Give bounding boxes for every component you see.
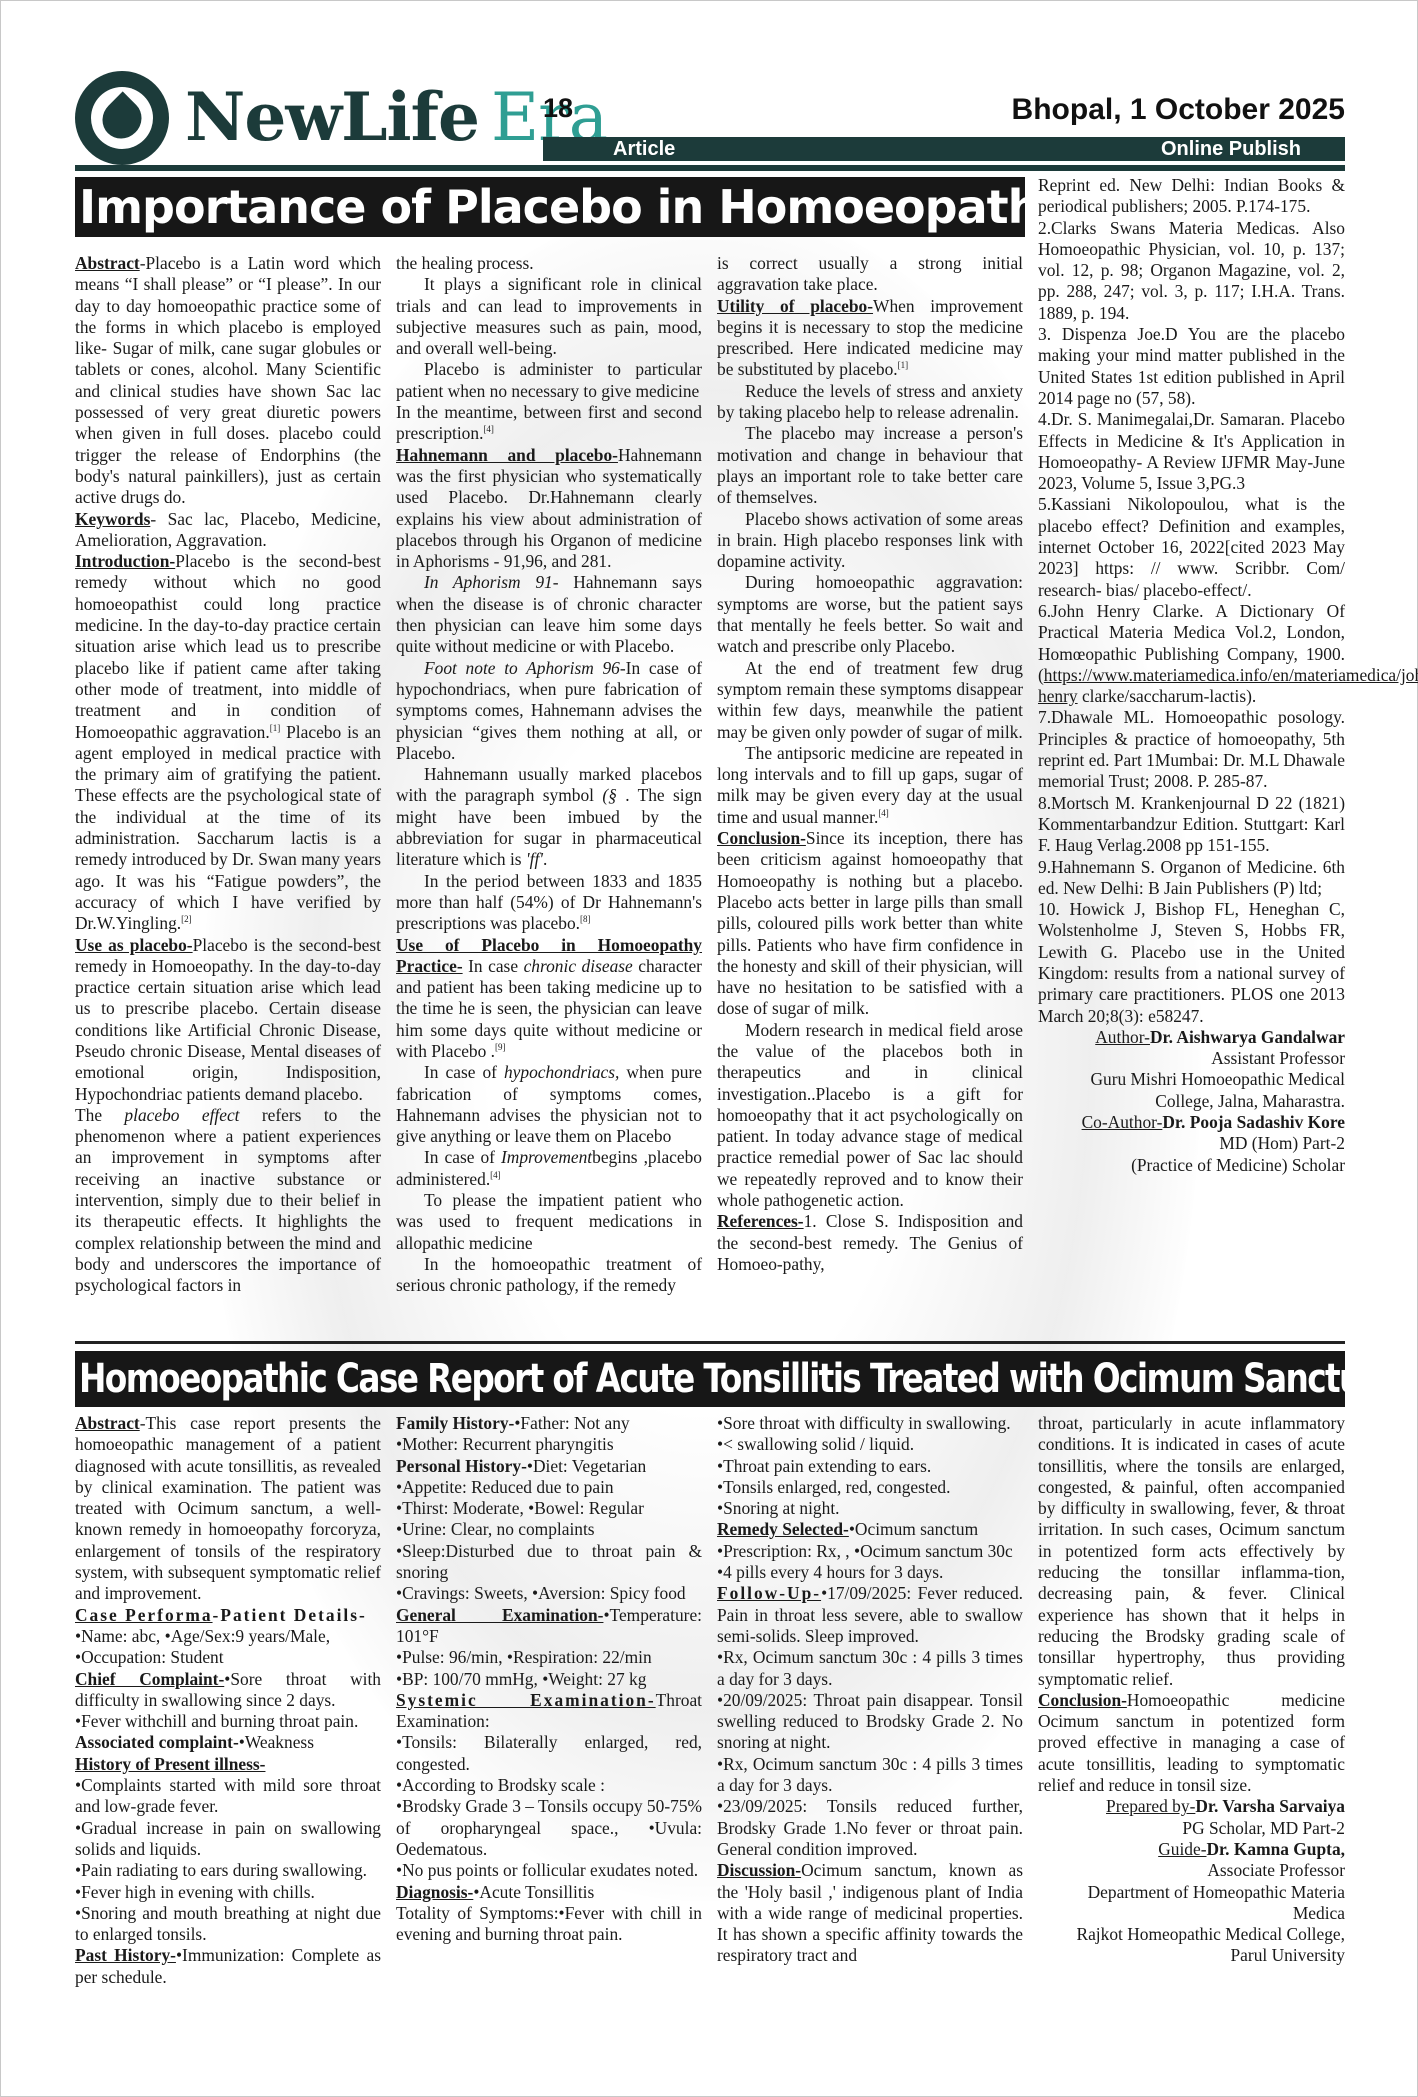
article2-column-3: •Sore throat with difficulty in swallowi… (717, 1413, 1023, 1967)
remedy-heading: Remedy Selected- (717, 1519, 849, 1539)
dateline: Bhopal, 1 October 2025 (1012, 93, 1345, 127)
coauthor-name: Dr. Pooja Sadashiv Kore (1162, 1112, 1345, 1132)
list-item: •Rx, Ocimum sanctum 30c : 4 pills 3 time… (717, 1754, 1023, 1797)
conclusion-heading: Conclusion- (717, 828, 806, 848)
list-item: •Sore throat with difficulty in swallowi… (717, 1413, 1023, 1434)
section-divider (75, 1341, 1345, 1344)
article1-column-1: Abstract-Placebo is a Latin word which m… (75, 253, 381, 1297)
list-item: •Pulse: 96/min, •Respiration: 22/min (396, 1647, 702, 1668)
hpi-heading: History of Present illness- (75, 1754, 381, 1775)
followup-heading: Follow-Up- (717, 1583, 821, 1603)
list-item: •4 pills every 4 hours for 3 days. (717, 1562, 1023, 1583)
list-item: •Snoring at night. (717, 1498, 1023, 1519)
reference-item: 2.Clarks Swans Materia Medicas. Also Hom… (1038, 218, 1345, 324)
diagnosis-heading: Diagnosis- (396, 1882, 473, 1902)
article1-column-3: is correct usually a strong initial aggr… (717, 253, 1023, 1275)
keywords-heading: Keywords (75, 509, 150, 529)
list-item: •Pain radiating to ears during swallowin… (75, 1860, 381, 1881)
logo-leaf-icon (75, 71, 169, 165)
reference-item: 6.John Henry Clarke. A Dictionary Of Pra… (1038, 601, 1345, 707)
article1-column-4-references: Reprint ed. New Delhi: Indian Books & pe… (1038, 175, 1345, 1176)
references-heading: References- (717, 1211, 804, 1231)
discussion-heading: Discussion- (717, 1860, 801, 1880)
list-item: •Complaints started with mild sore throa… (75, 1775, 381, 1818)
author-block: Prepared by-Dr. Varsha Sarvaiya PG Schol… (1038, 1796, 1345, 1966)
systemic-exam-heading: Systemic Examination- (396, 1690, 656, 1710)
article2-column-1: Abstract-This case report presents the h… (75, 1413, 381, 1988)
citation: [8] (580, 914, 591, 924)
masthead-rule (75, 165, 1345, 171)
list-item: •According to Brodsky scale : (396, 1775, 702, 1796)
guide-name: Dr. Kamna Gupta, (1206, 1839, 1345, 1859)
list-item: •20/09/2025: Throat pain disappear. Tons… (717, 1690, 1023, 1754)
list-item: •Cravings: Sweets, •Aversion: Spicy food (396, 1583, 702, 1604)
reference-item: 9.Hahnemann S. Organon of Medicine. 6th … (1038, 857, 1345, 900)
list-item: •Urine: Clear, no complaints (396, 1519, 702, 1540)
author-name: Dr. Varsha Sarvaiya (1195, 1796, 1345, 1816)
brand-word-newlife: NewLife (185, 78, 479, 156)
page-number: 18 (543, 93, 573, 124)
list-item: •Throat pain extending to ears. (717, 1456, 1023, 1477)
citation: [4] (490, 1170, 501, 1180)
section-label: Article (613, 137, 675, 161)
utility-heading: Utility of placebo- (717, 296, 873, 316)
past-history-heading: Past History- (75, 1945, 176, 1965)
list-item: •Sleep:Disturbed due to throat pain & sn… (396, 1541, 702, 1584)
introduction-heading: Introduction- (75, 551, 175, 571)
list-item: •Tonsils enlarged, red, congested. (717, 1477, 1023, 1498)
reference-item: 4.Dr. S. Manimegalai,Dr. Samaran. Placeb… (1038, 409, 1345, 494)
chief-complaint-heading: Chief Complaint- (75, 1669, 224, 1689)
article1-title: Importance of Placebo in Homoeopathy (75, 177, 1025, 237)
citation: [1] (898, 360, 909, 370)
list-item: •No pus points or follicular exudates no… (396, 1860, 702, 1881)
list-item: •BP: 100/70 mmHg, •Weight: 27 kg (396, 1669, 702, 1690)
article2-title: Homoeopathic Case Report of Acute Tonsil… (75, 1351, 1345, 1407)
reference-item: 5.Kassiani Nikolopoulou, what is the pla… (1038, 494, 1345, 600)
use-as-placebo-heading: Use as placebo- (75, 935, 193, 955)
citation: [4] (483, 424, 494, 434)
citation: [2] (181, 914, 192, 924)
citation: [1] (270, 723, 281, 733)
section-band: Article Online Publish (543, 137, 1345, 161)
list-item: •Rx, Ocimum sanctum 30c : 4 pills 3 time… (717, 1647, 1023, 1690)
reference-item: 7.Dhawale ML. Homoeopathic posology. Pri… (1038, 707, 1345, 792)
article2-column-2: Family History-•Father: Not any •Mother:… (396, 1413, 702, 1945)
reference-item: Reprint ed. New Delhi: Indian Books & pe… (1038, 175, 1345, 218)
newspaper-page: NewLifeEra 18 Bhopal, 1 October 2025 Art… (0, 0, 1418, 2097)
general-exam-heading: General Examination- (396, 1605, 603, 1625)
citation: [9] (495, 1042, 506, 1052)
list-item: •Appetite: Reduced due to pain (396, 1477, 702, 1498)
list-item: •Prescription: Rx, , •Ocimum sanctum 30c (717, 1541, 1023, 1562)
article1-column-2: the healing process. It plays a signific… (396, 253, 702, 1297)
reference-item: 8.Mortsch M. Krankenjournal D 22 (1821) … (1038, 793, 1345, 857)
article2-column-4: throat, particularly in acute inflammato… (1038, 1413, 1345, 1967)
list-item: •Thirst: Moderate, •Bowel: Regular (396, 1498, 702, 1519)
list-item: •Gradual increase in pain on swallowing … (75, 1818, 381, 1861)
list-item: •23/09/2025: Tonsils reduced further, Br… (717, 1796, 1023, 1860)
author-block: Author-Dr. Aishwarya Gandalwar Assistant… (1038, 1027, 1345, 1176)
abstract-heading: Abstract (75, 1413, 140, 1433)
list-item: •Fever high in evening with chills. (75, 1882, 381, 1903)
author-name: Dr. Aishwarya Gandalwar (1150, 1027, 1345, 1047)
citation: [4] (878, 808, 889, 818)
conclusion-heading: Conclusion- (1038, 1690, 1127, 1710)
reference-item: 10. Howick J, Bishop FL, Heneghan C, Wol… (1038, 899, 1345, 1027)
reference-item: 3. Dispenza Joe.D You are the placebo ma… (1038, 324, 1345, 409)
list-item: •Snoring and mouth breathing at night du… (75, 1903, 381, 1946)
publish-label: Online Publish (1161, 137, 1301, 161)
list-item: •Tonsils: Bilaterally enlarged, red, con… (396, 1732, 702, 1775)
list-item: •< swallowing solid / liquid. (717, 1434, 1023, 1455)
masthead: NewLifeEra 18 Bhopal, 1 October 2025 Art… (75, 69, 1345, 169)
abstract-heading: Abstract (75, 253, 140, 273)
hahnemann-heading: Hahnemann and placebo- (396, 445, 618, 465)
list-item: •Brodsky Grade 3 – Tonsils occupy 50-75%… (396, 1796, 702, 1860)
